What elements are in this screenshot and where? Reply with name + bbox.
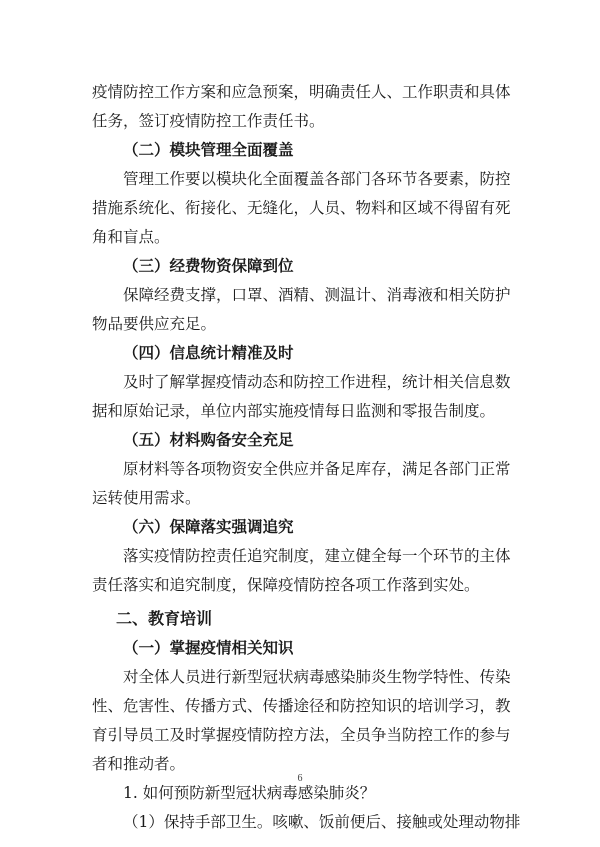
paragraph-line: 任务，签订疫情防控工作责任书。 bbox=[92, 110, 510, 132]
paragraph-line: 据和原始记录，单位内部实施疫情每日监测和零报告制度。 bbox=[92, 400, 510, 422]
paragraph-line: （1）保持手部卫生。咳嗽、饭前便后、接触或处理动物排 bbox=[123, 811, 510, 833]
paragraph-line: 落实疫情防控责任追究制度，建立健全每一个环节的主体 bbox=[123, 545, 510, 567]
paragraph-line: 管理工作要以模块化全面覆盖各部门各环节各要素，防控 bbox=[123, 168, 510, 190]
section-subheading: （二）模块管理全面覆盖 bbox=[123, 139, 510, 161]
section-subheading: （三）经费物资保障到位 bbox=[123, 255, 510, 277]
section-subheading: （六）保障落实强调追究 bbox=[123, 516, 510, 538]
paragraph-line: 物品要供应充足。 bbox=[92, 313, 510, 335]
page-number: 6 bbox=[0, 773, 600, 784]
paragraph-line: 运转使用需求。 bbox=[92, 487, 510, 509]
paragraph-line: 性、危害性、传播方式、传播途径和防控知识的培训学习，教 bbox=[92, 695, 510, 717]
section-subheading: （五）材料购备安全充足 bbox=[123, 429, 510, 451]
paragraph-line: 者和推动者。 bbox=[92, 753, 510, 775]
document-page: 疫情防控工作方案和应急预案，明确责任人、工作职责和具体 任务，签订疫情防控工作责… bbox=[0, 0, 600, 847]
paragraph-line: 措施系统化、衔接化、无缝化，人员、物料和区域不得留有死 bbox=[92, 197, 510, 219]
paragraph-line: 角和盲点。 bbox=[92, 226, 510, 248]
numbered-question: 1. 如何预防新型冠状病毒感染肺炎？ bbox=[123, 782, 510, 804]
paragraph-line: 责任落实和追究制度，保障疫情防控各项工作落到实处。 bbox=[92, 574, 510, 596]
paragraph-line: 原材料等各项物资安全供应并备足库存，满足各部门正常 bbox=[123, 458, 510, 480]
paragraph-line: 及时了解掌握疫情动态和防控工作进程，统计相关信息数 bbox=[123, 371, 510, 393]
paragraph-line: 育引导员工及时掌握疫情防控方法，全员争当防控工作的参与 bbox=[92, 724, 510, 746]
paragraph-line: 保障经费支撑，口罩、酒精、测温计、消毒液和相关防护 bbox=[123, 284, 510, 306]
section-subheading: （四）信息统计精准及时 bbox=[123, 342, 510, 364]
section-subheading: （一）掌握疫情相关知识 bbox=[123, 637, 510, 659]
section-heading: 二、教育培训 bbox=[116, 608, 534, 630]
paragraph-line: 对全体人员进行新型冠状病毒感染肺炎生物学特性、传染 bbox=[123, 666, 510, 688]
paragraph-line: 疫情防控工作方案和应急预案，明确责任人、工作职责和具体 bbox=[92, 81, 510, 103]
